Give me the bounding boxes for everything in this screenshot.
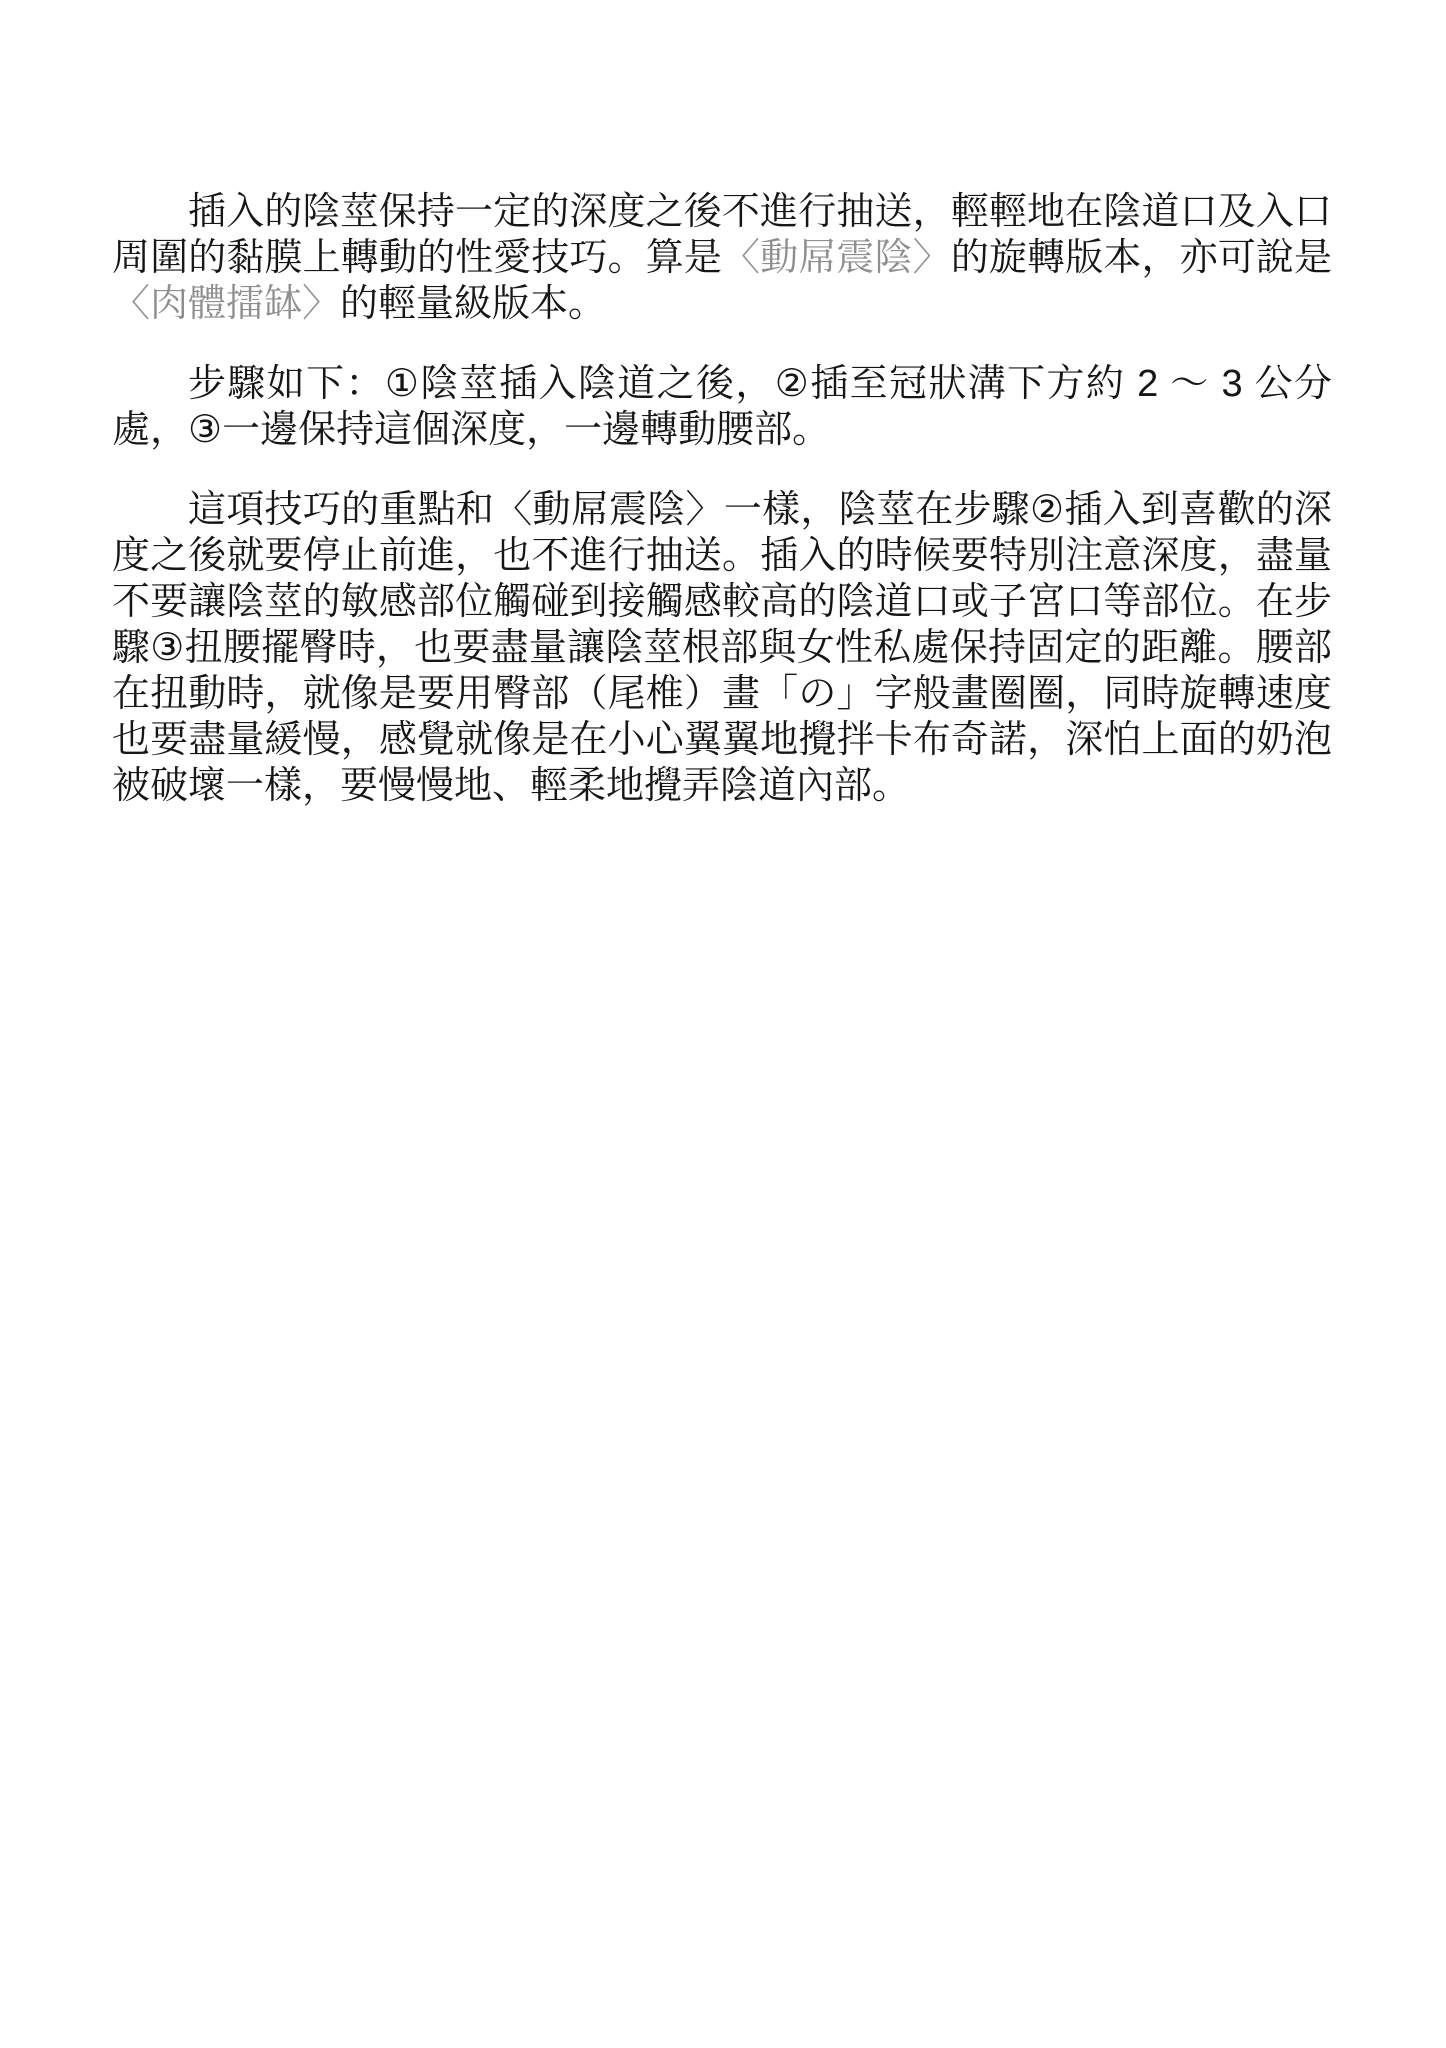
- body-text: 這項技巧的重點和〈動屌震陰〉一樣，陰莖在步驟②插入到喜歡的深度之後就要停止前進，…: [112, 489, 1332, 807]
- body-text: 的輕量級版本。: [340, 283, 606, 325]
- reference-term: 〈肉體擂缽〉: [112, 283, 340, 325]
- reference-term: 〈動屌震陰〉: [722, 237, 951, 279]
- paragraph-2: 步驟如下：①陰莖插入陰道之後，②插至冠狀溝下方約 2 ～ 3 公分處，③一邊保持…: [112, 361, 1332, 453]
- body-text: 步驟如下：①陰莖插入陰道之後，②插至冠狀溝下方約 2 ～ 3 公分處，③一邊保持…: [112, 363, 1332, 451]
- paragraph-1: 插入的陰莖保持一定的深度之後不進行抽送，輕輕地在陰道口及入口周圍的黏膜上轉動的性…: [112, 189, 1332, 327]
- paragraph-3: 這項技巧的重點和〈動屌震陰〉一樣，陰莖在步驟②插入到喜歡的深度之後就要停止前進，…: [112, 487, 1332, 809]
- document-page: 插入的陰莖保持一定的深度之後不進行抽送，輕輕地在陰道口及入口周圍的黏膜上轉動的性…: [0, 0, 1446, 2048]
- body-text: 的旋轉版本，亦可說是: [951, 237, 1332, 279]
- document-body: 插入的陰莖保持一定的深度之後不進行抽送，輕輕地在陰道口及入口周圍的黏膜上轉動的性…: [112, 189, 1332, 809]
